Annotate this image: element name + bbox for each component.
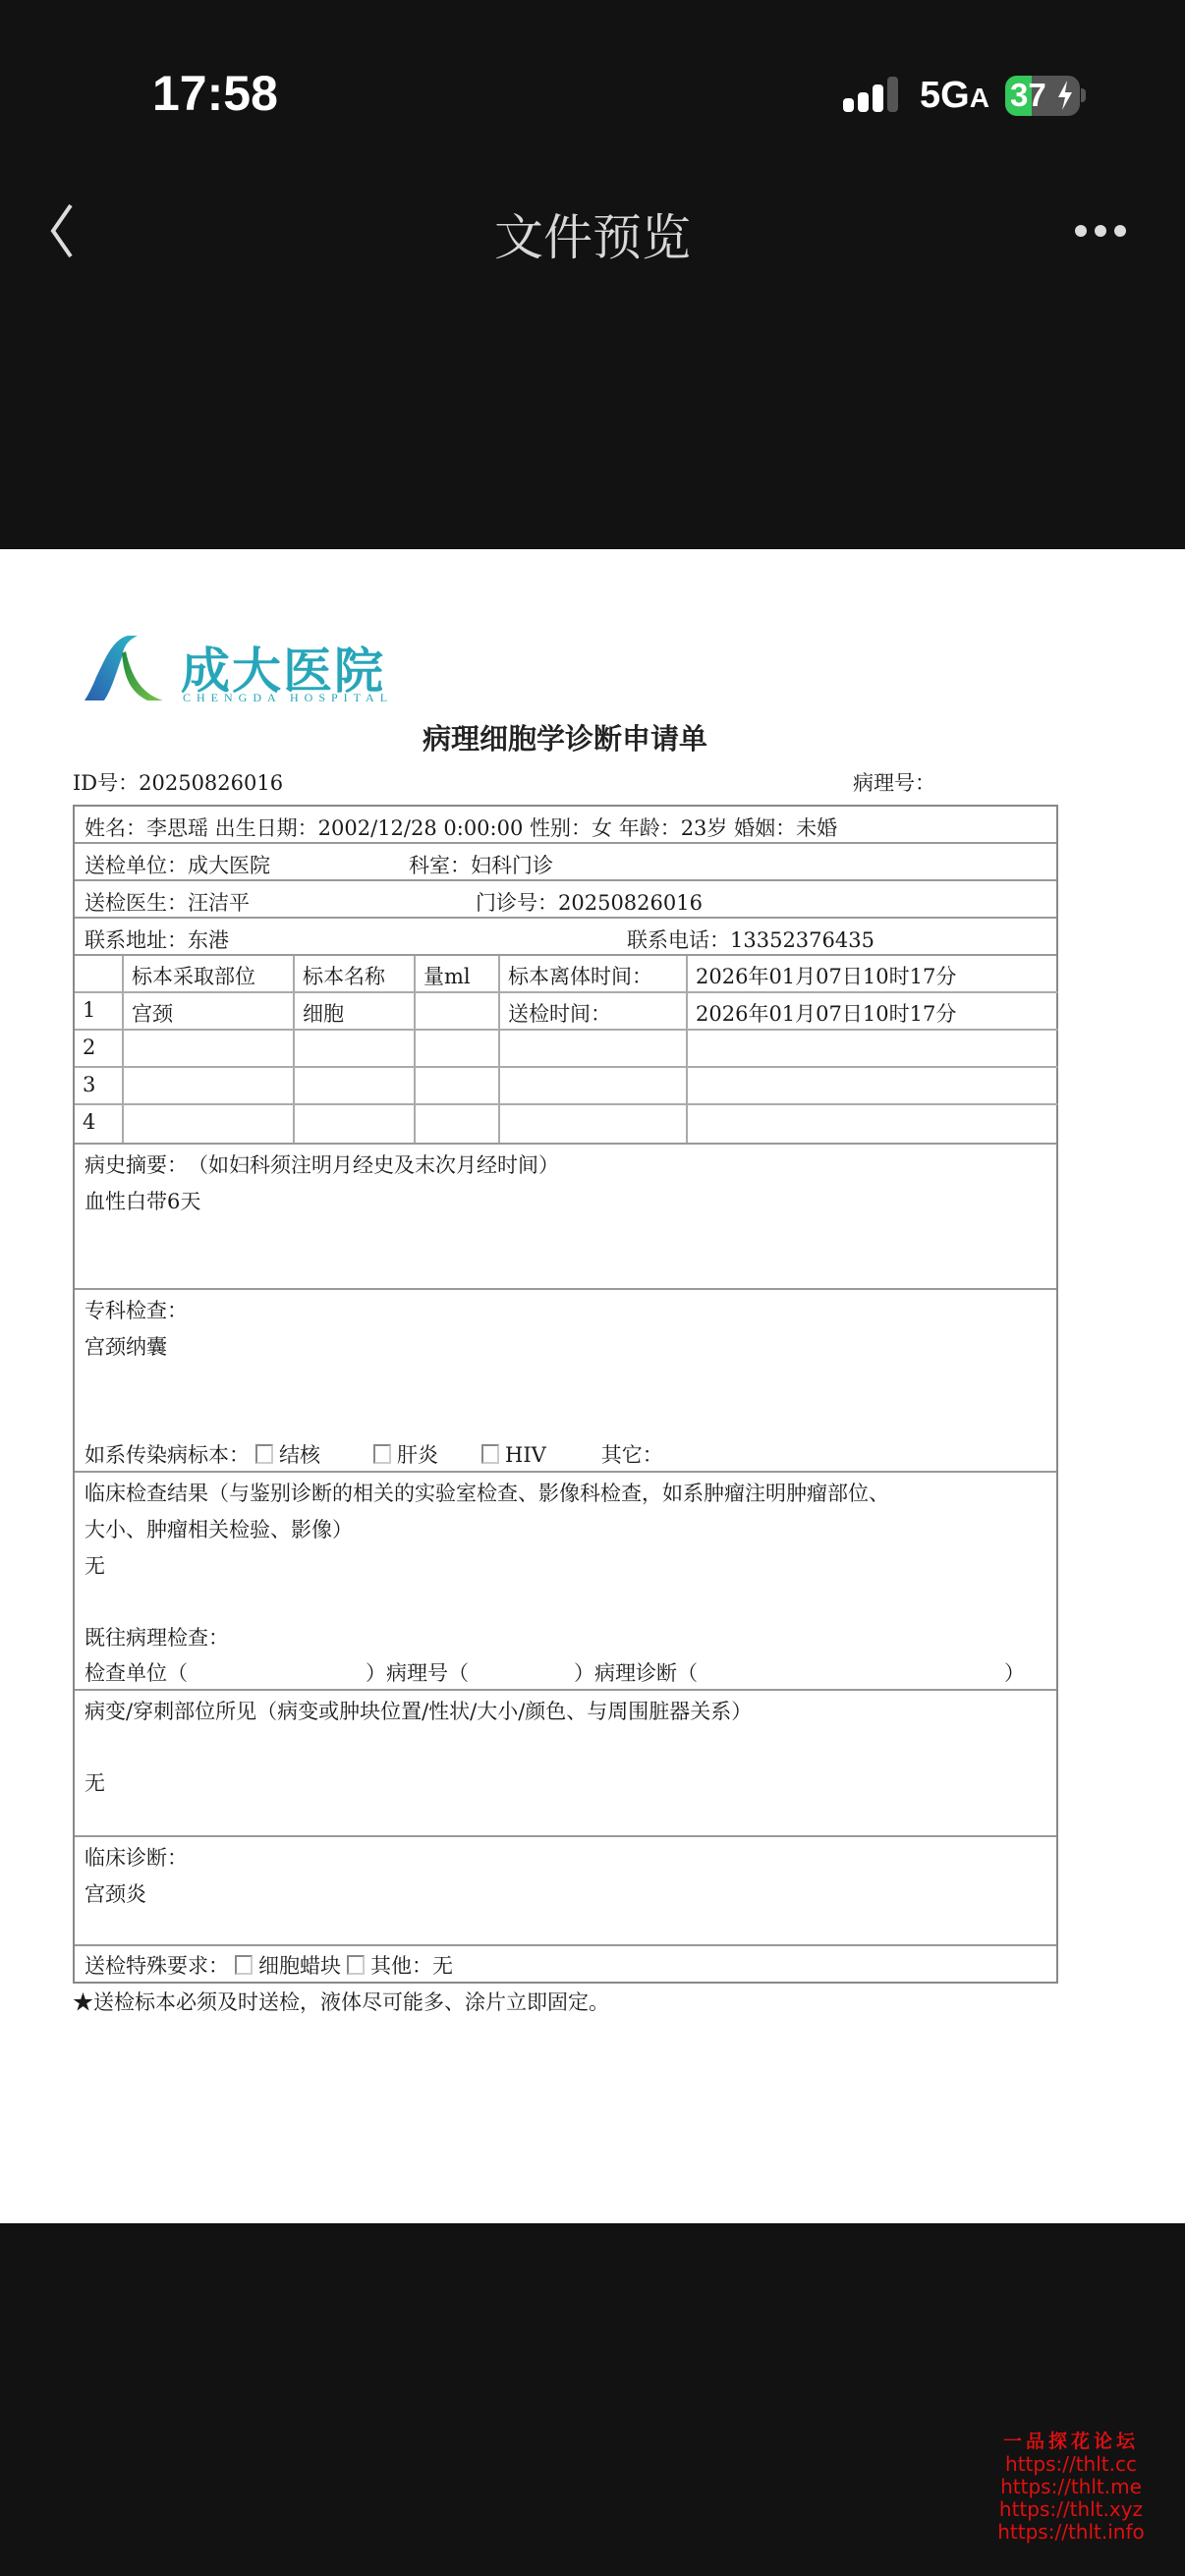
prev-diagnosis-label: ）病理诊断（ [574,1657,698,1687]
special-requirements-label: 送检特殊要求： [85,1954,229,1978]
specimen-cell: 宫颈 [124,993,295,1031]
history-section: 病史摘要： （如妇科须注明月经史及末次月经时间） 血性白带6天 [75,1145,1056,1290]
clinical-diagnosis-value: 宫颈炎 [85,1878,146,1908]
tb-checkbox[interactable] [255,1444,273,1464]
hiv-checkbox[interactable] [481,1444,499,1464]
pathology-number: 病理号： [853,767,935,797]
lesion-label: 病变/穿刺部位所见（病变或肿块位置/性状/大小/颜色、与周围脏器关系） [85,1696,752,1725]
specimen-cell: 1 [75,993,124,1031]
battery-tip [1081,88,1086,102]
specimen-cell: 2026年01月07日10时17分 [688,993,1058,1031]
clinical-results-section: 临床检查结果（与鉴别诊断的相关的实验室检查、影像科检查，如系肿瘤注明肿瘤部位、 … [75,1473,1056,1691]
specimen-cell: 细胞 [295,993,416,1031]
submitting-doctor: 送检医生：汪洁平 [85,887,250,917]
lesion-section: 病变/穿刺部位所见（病变或肿块位置/性状/大小/颜色、与周围脏器关系） 无 [75,1691,1056,1837]
patient-info-row: 姓名：李思瑶 出生日期：2002/12/28 0:00:00 性别：女 年龄：2… [75,807,1056,844]
form-table: 姓名：李思瑶 出生日期：2002/12/28 0:00:00 性别：女 年龄：2… [73,805,1058,1984]
special-requirements-section: 送检特殊要求：细胞蜡块其他：无 [75,1946,1056,1982]
specimen-header-cell: 量ml [416,956,500,993]
specimen-cell [500,1031,688,1068]
watermark-link: https://thlt.cc [963,2453,1179,2476]
specimen-cell: 2 [75,1031,124,1068]
other-label: 其它： [601,1443,663,1467]
specimen-cell [500,1105,688,1143]
specimen-cell [124,1105,295,1143]
specimen-cell: 送检时间： [500,993,688,1031]
specimen-cell: 4 [75,1105,124,1143]
specimen-cell [295,1105,416,1143]
form-title: 病理细胞学诊断申请单 [0,717,1130,757]
history-value: 血性白带6天 [85,1186,200,1215]
watermark-link: https://thlt.xyz [963,2498,1179,2521]
infectious-label: 如系传染病标本： [85,1443,250,1467]
watermark: 一品探花论坛 https://thlt.cc https://thlt.me h… [963,2427,1179,2544]
previous-pathology-label: 既往病理检查： [85,1622,229,1652]
status-time: 17:58 [152,65,278,122]
doctor-row: 送检医生：汪洁平 门诊号：20250826016 [75,881,1056,919]
special-exam-label: 专科检查： [85,1295,188,1324]
specimen-table: 标本采取部位 标本名称 量ml 标本离体时间： 2026年01月07日10时17… [75,956,1056,1145]
specimen-header-cell: 标本离体时间： [500,956,688,993]
submitting-unit: 送检单位：成大医院 [85,850,270,879]
watermark-link: https://thlt.me [963,2476,1179,2498]
specimen-cell [416,993,500,1031]
contact-row: 联系地址：东港 联系电话：13352376435 [75,919,1056,956]
specimen-cell [124,1031,295,1068]
watermark-link: https://thlt.info [963,2521,1179,2544]
patient-info: 姓名：李思瑶 出生日期：2002/12/28 0:00:00 性别：女 年龄：2… [85,812,837,842]
signal-strength-icon [843,77,902,118]
specimen-cell [416,1031,500,1068]
footnote: ★送检标本必须及时送检，液体尽可能多、涂片立即固定。 [73,1987,609,2016]
network-type: 5GA [920,75,989,117]
special-exam-section: 专科检查： 宫颈纳囊 如系传染病标本：结核肝炎HIV其它： [75,1290,1056,1473]
unit-row: 送检单位：成大医院 科室：妇科门诊 [75,844,1056,881]
specimen-cell [124,1068,295,1105]
clinical-results-label: 临床检查结果（与鉴别诊断的相关的实验室检查、影像科检查，如系肿瘤注明肿瘤部位、 [85,1478,889,1507]
specimen-header-cell: 2026年01月07日10时17分 [688,956,1058,993]
cell-block-label: 细胞蜡块 [258,1954,341,1978]
specimen-cell [688,1105,1058,1143]
specimen-cell [416,1105,500,1143]
department: 科室：妇科门诊 [409,850,553,879]
hiv-label: HIV [505,1443,546,1467]
hospital-name-en: CHENGDA HOSPITAL [183,691,393,705]
other-checkbox[interactable] [347,1955,365,1975]
special-requirements-row: 送检特殊要求：细胞蜡块其他：无 [85,1950,453,1980]
contact-phone: 联系电话：13352376435 [627,924,875,954]
specimen-cell [295,1068,416,1105]
clinical-diagnosis-section: 临床诊断： 宫颈炎 [75,1837,1056,1946]
hospital-logo-icon [83,634,173,704]
charging-bolt-icon [1056,81,1074,110]
specimen-cell [688,1068,1058,1105]
hepatitis-label: 肝炎 [397,1443,438,1467]
lesion-value: 无 [85,1767,105,1797]
specimen-cell: 3 [75,1068,124,1105]
clinical-results-label-2: 大小、肿瘤相关检验、影像） [85,1514,353,1543]
clinical-results-value: 无 [85,1550,105,1580]
specimen-cell [295,1031,416,1068]
patient-id: ID号：20250826016 [73,767,283,797]
battery-icon: 37 [1005,76,1080,116]
pathology-request-form: 成大医院 CHENGDA HOSPITAL 病理细胞学诊断申请单 ID号：202… [0,549,1185,2223]
page-title: 文件预览 [0,198,1185,269]
prev-diagnosis-close: ） [1004,1657,1025,1687]
specimen-cell [500,1068,688,1105]
clinical-diagnosis-label: 临床诊断： [85,1842,188,1872]
battery-percent: 37 [1010,77,1046,114]
document-preview[interactable]: 成大医院 CHENGDA HOSPITAL 病理细胞学诊断申请单 ID号：202… [0,549,1185,2223]
watermark-title: 一品探花论坛 [963,2427,1179,2453]
specimen-cell [416,1068,500,1105]
specimen-header-cell: 标本名称 [295,956,416,993]
history-label: 病史摘要： （如妇科须注明月经史及末次月经时间） [85,1149,559,1179]
other-requirement: 其他：无 [370,1954,453,1978]
special-exam-value: 宫颈纳囊 [85,1331,167,1361]
prev-unit-label: 检查单位（ [85,1657,188,1687]
prev-pathology-no-label: ）病理号（ [366,1657,469,1687]
specimen-cell [688,1031,1058,1068]
infectious-row: 如系传染病标本：结核肝炎HIV其它： [85,1439,663,1469]
specimen-header-cell [75,956,124,993]
more-horizontal-icon [1075,225,1087,237]
specimen-header-cell: 标本采取部位 [124,956,295,993]
cell-block-checkbox[interactable] [235,1955,253,1975]
contact-address: 联系地址：东港 [85,924,229,954]
more-options-button[interactable] [1073,221,1132,241]
hepatitis-checkbox[interactable] [373,1444,391,1464]
clinic-number: 门诊号：20250826016 [476,887,703,917]
tb-label: 结核 [279,1443,320,1467]
hospital-logo: 成大医院 CHENGDA HOSPITAL [83,632,417,710]
